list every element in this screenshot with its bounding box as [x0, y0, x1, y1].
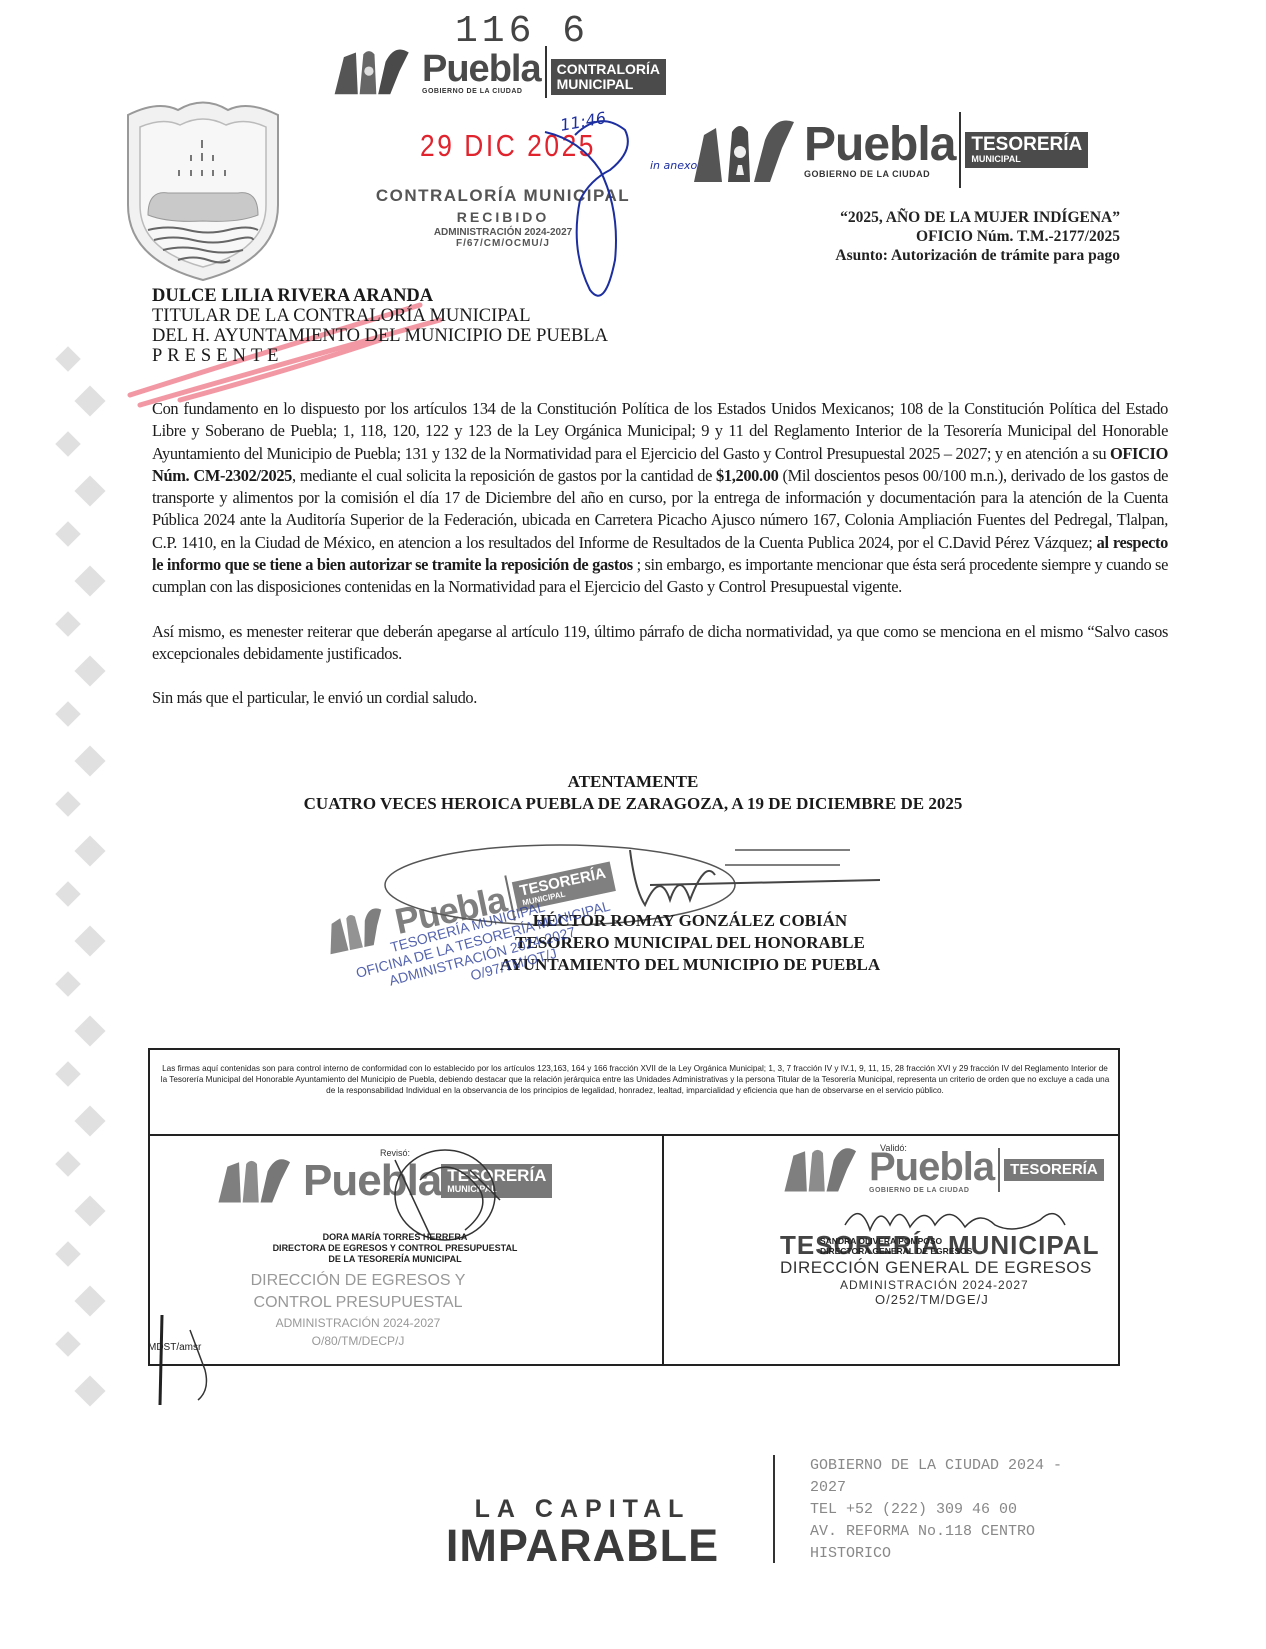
stamp-admin: ADMINISTRACIÓN 2024-2027 — [840, 1278, 1110, 1292]
brand-subtitle: GOBIERNO DE LA CIUDAD — [869, 1187, 969, 1194]
badge-line: MUNICIPAL — [557, 77, 660, 92]
box-divider — [662, 1134, 664, 1364]
year-motto: “2025, AÑO DE LA MUJER INDÍGENA” — [835, 208, 1120, 227]
footer-address: AV. REFORMA No.118 CENTRO — [810, 1521, 1110, 1543]
brand-name: Puebla — [804, 121, 955, 169]
closing-salutation: ATENTAMENTE — [150, 771, 1116, 793]
stamp-sub: DIRECCIÓN GENERAL DE EGRESOS — [780, 1258, 1110, 1278]
contraloria-badge: CONTRALORÍA MUNICIPAL — [551, 59, 666, 94]
valido-stamp: TESORERÍA MUNICIPAL SANDRA OLIVERA POMPO… — [780, 1232, 1110, 1307]
egresos-stamp: DIRECCIÓN DE EGRESOS Y CONTROL PRESUPUES… — [228, 1240, 488, 1350]
text-run: , mediante el cual solicita la reposició… — [292, 466, 716, 485]
brand-line: IMPARABLE — [435, 1524, 730, 1568]
oficio-number: OFICIO Núm. T.M.-2177/2025 — [835, 227, 1120, 246]
text-run: Con fundamento en lo dispuesto por los a… — [152, 399, 1168, 463]
addressee-name: DULCE LILIA RIVERA ARANDA — [152, 286, 608, 306]
logo-divider — [545, 46, 547, 98]
addressee-title: DEL H. AYUNTAMIENTO DEL MUNICIPIO DE PUE… — [152, 326, 608, 346]
stamp-line: DIRECCIÓN DE EGRESOS Y — [228, 1270, 488, 1292]
brand-name: Puebla — [422, 50, 541, 88]
addressee-block: DULCE LILIA RIVERA ARANDA TITULAR DE LA … — [152, 286, 608, 366]
footer-line: 2027 — [810, 1477, 1110, 1499]
addressee-title: TITULAR DE LA CONTRALORÍA MUNICIPAL — [152, 306, 608, 326]
valido-label: Validó: — [880, 1143, 907, 1153]
brand-subtitle: GOBIERNO DE LA CIUDAD — [422, 88, 522, 95]
stamp-line: ADMINISTRACIÓN 2024-2027 — [228, 1314, 488, 1332]
greeting: PRESENTE — [152, 346, 608, 366]
paragraph: Con fundamento en lo dispuesto por los a… — [152, 398, 1168, 599]
badge-line: MUNICIPAL — [971, 155, 1082, 164]
contraloria-logo: Puebla GOBIERNO DE LA CIUDAD CONTRALORÍA… — [330, 42, 666, 102]
brand-subtitle: GOBIERNO DE LA CIUDAD — [804, 169, 930, 179]
closing-block: ATENTAMENTE CUATRO VECES HEROICA PUEBLA … — [150, 771, 1116, 815]
decorative-border — [55, 350, 115, 1450]
footer-address: HISTORICO — [810, 1543, 1110, 1565]
badge-line: CONTRALORÍA — [557, 62, 660, 77]
valido-signer: SANDRA OLIVERA POMPOSO DIRECTORA GENERAL… — [820, 1236, 972, 1256]
footer-phone: TEL +52 (222) 309 46 00 — [810, 1499, 1110, 1521]
initials-scrawl-icon — [150, 1310, 230, 1410]
paragraph: Sin más que el particular, le envió un c… — [152, 687, 1168, 709]
valido-name: SANDRA OLIVERA POMPOSO — [820, 1236, 972, 1246]
paragraph: Así mismo, es menester reiterar que debe… — [152, 621, 1168, 666]
logo-divider — [998, 1148, 1000, 1192]
tesoreria-logo: Puebla GOBIERNO DE LA CIUDAD TESORERÍA M… — [690, 110, 1088, 190]
logo-divider — [959, 112, 961, 188]
puebla-emblem-icon — [214, 1150, 299, 1212]
badge-line: TESORERÍA — [971, 135, 1082, 155]
closing-place-date: CUATRO VECES HEROICA PUEBLA DE ZARAGOZA,… — [150, 793, 1116, 815]
footer-line: GOBIERNO DE LA CIUDAD 2024 - — [810, 1455, 1110, 1477]
valido-role: DIRECTORA GENERAL DE EGRESOS — [820, 1246, 972, 1256]
tesoreria-badge: TESORERÍA MUNICIPAL — [965, 132, 1088, 167]
letter-body: Con fundamento en lo dispuesto por los a… — [152, 398, 1168, 732]
tesoreria-badge: TESORERÍA — [1004, 1159, 1104, 1181]
footer-brand: LA CAPITAL IMPARABLE — [435, 1495, 730, 1568]
coat-of-arms-icon — [118, 95, 288, 285]
stamp-line: O/80/TM/DECP/J — [228, 1332, 488, 1350]
puebla-emblem-icon — [690, 110, 800, 190]
footer-divider — [773, 1455, 775, 1563]
legal-disclaimer: Las firmas aquí contenidas son para cont… — [160, 1064, 1110, 1096]
puebla-emblem-icon — [780, 1140, 865, 1200]
typist-initials: MDST/amsr — [148, 1342, 201, 1353]
stamp-code: O/252/TM/DGE/J — [875, 1292, 1110, 1307]
amount: $1,200.00 — [716, 466, 778, 485]
footer-contact-info: GOBIERNO DE LA CIUDAD 2024 - 2027 TEL +5… — [810, 1455, 1110, 1565]
stamp-line: CONTROL PRESUPUESTAL — [228, 1292, 488, 1314]
box-divider — [150, 1134, 1118, 1136]
puebla-emblem-icon — [330, 42, 418, 102]
subject: Asunto: Autorización de trámite para pag… — [835, 246, 1120, 265]
document-header-info: “2025, AÑO DE LA MUJER INDÍGENA” OFICIO … — [835, 208, 1120, 265]
tesoreria-seal-valido: Puebla GOBIERNO DE LA CIUDAD TESORERÍA — [780, 1140, 1104, 1200]
handwritten-signature-icon — [540, 110, 670, 310]
